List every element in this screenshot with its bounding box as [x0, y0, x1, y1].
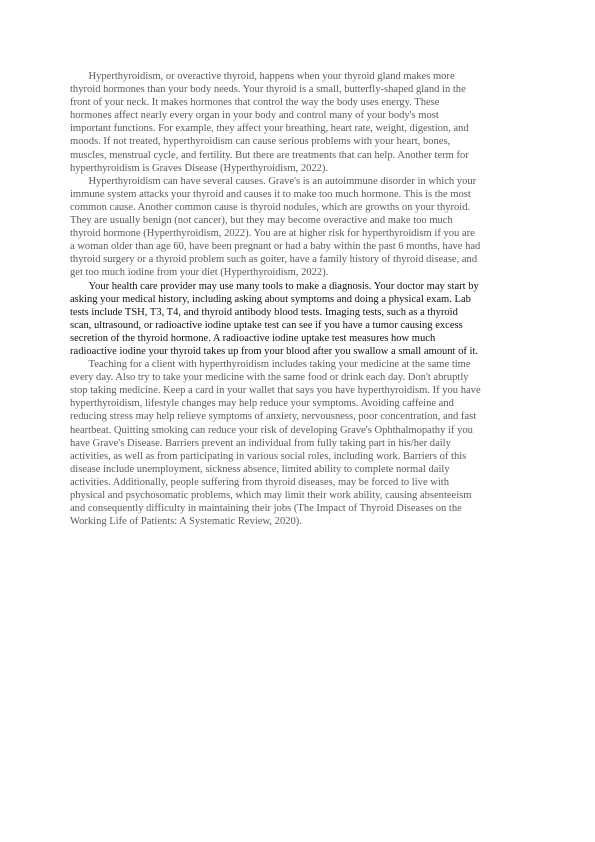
text-line: moods. If not treated, hyperthyroidism c… — [70, 135, 530, 148]
text-line: radioactive iodine your thyroid takes up… — [70, 345, 530, 358]
text-line: important functions. For example, they a… — [70, 122, 530, 135]
text-line: muscles, menstrual cycle, and fertility.… — [70, 149, 530, 162]
text-line: physical and psychosomatic problems, whi… — [70, 489, 530, 502]
text-line: activities. Additionally, people sufferi… — [70, 476, 530, 489]
text-line: hyperthyroidism is Graves Disease (Hyper… — [70, 162, 530, 175]
text-line: tests include TSH, T3, T4, and thyroid a… — [70, 306, 530, 319]
text-line: They are usually benign (not cancer), bu… — [70, 214, 530, 227]
text-line: thyroid surgery or a thyroid problem suc… — [70, 253, 530, 266]
text-line: hyperthyroidism, lifestyle changes may h… — [70, 397, 530, 410]
text-line: get too much iodine from your diet (Hype… — [70, 266, 530, 279]
text-line: a woman older than age 60, have been pre… — [70, 240, 530, 253]
paragraph-causes: Hyperthyroidism can have several causes.… — [70, 175, 530, 280]
text-line: thyroid hormone (Hyperthyroidism, 2022).… — [70, 227, 530, 240]
text-line: heartbeat. Quitting smoking can reduce y… — [70, 424, 530, 437]
text-line: have Grave's Disease. Barriers prevent a… — [70, 437, 530, 450]
paragraph-teaching: Teaching for a client with hyperthyroidi… — [70, 358, 530, 528]
text-line: hormones affect nearly every organ in yo… — [70, 109, 530, 122]
text-line: Hyperthyroidism can have several causes.… — [70, 175, 530, 188]
text-line: and consequently difficulty in maintaini… — [70, 502, 530, 515]
text-line: Working Life of Patients: A Systematic R… — [70, 515, 530, 528]
text-line: reducing stress may help relieve symptom… — [70, 410, 530, 423]
text-line: Your health care provider may use many t… — [70, 280, 530, 293]
text-line: Hyperthyroidism, or overactive thyroid, … — [70, 70, 530, 83]
text-line: front of your neck. It makes hormones th… — [70, 96, 530, 109]
text-line: Teaching for a client with hyperthyroidi… — [70, 358, 530, 371]
text-line: common cause. Another common cause is th… — [70, 201, 530, 214]
text-line: secretion of the thyroid hormone. A radi… — [70, 332, 530, 345]
text-line: thyroid hormones than your body needs. Y… — [70, 83, 530, 96]
text-line: activities, as well as from participatin… — [70, 450, 530, 463]
text-line: every day. Also try to take your medicin… — [70, 371, 530, 384]
paragraph-definition: Hyperthyroidism, or overactive thyroid, … — [70, 70, 530, 175]
paragraph-diagnosis: Your health care provider may use many t… — [70, 280, 530, 359]
text-line: scan, ultrasound, or radioactive iodine … — [70, 319, 530, 332]
text-line: disease include unemployment, sickness a… — [70, 463, 530, 476]
text-line: immune system attacks your thyroid and c… — [70, 188, 530, 201]
text-line: stop taking medicine. Keep a card in you… — [70, 384, 530, 397]
document-page: Hyperthyroidism, or overactive thyroid, … — [70, 70, 530, 528]
text-line: asking your medical history, including a… — [70, 293, 530, 306]
